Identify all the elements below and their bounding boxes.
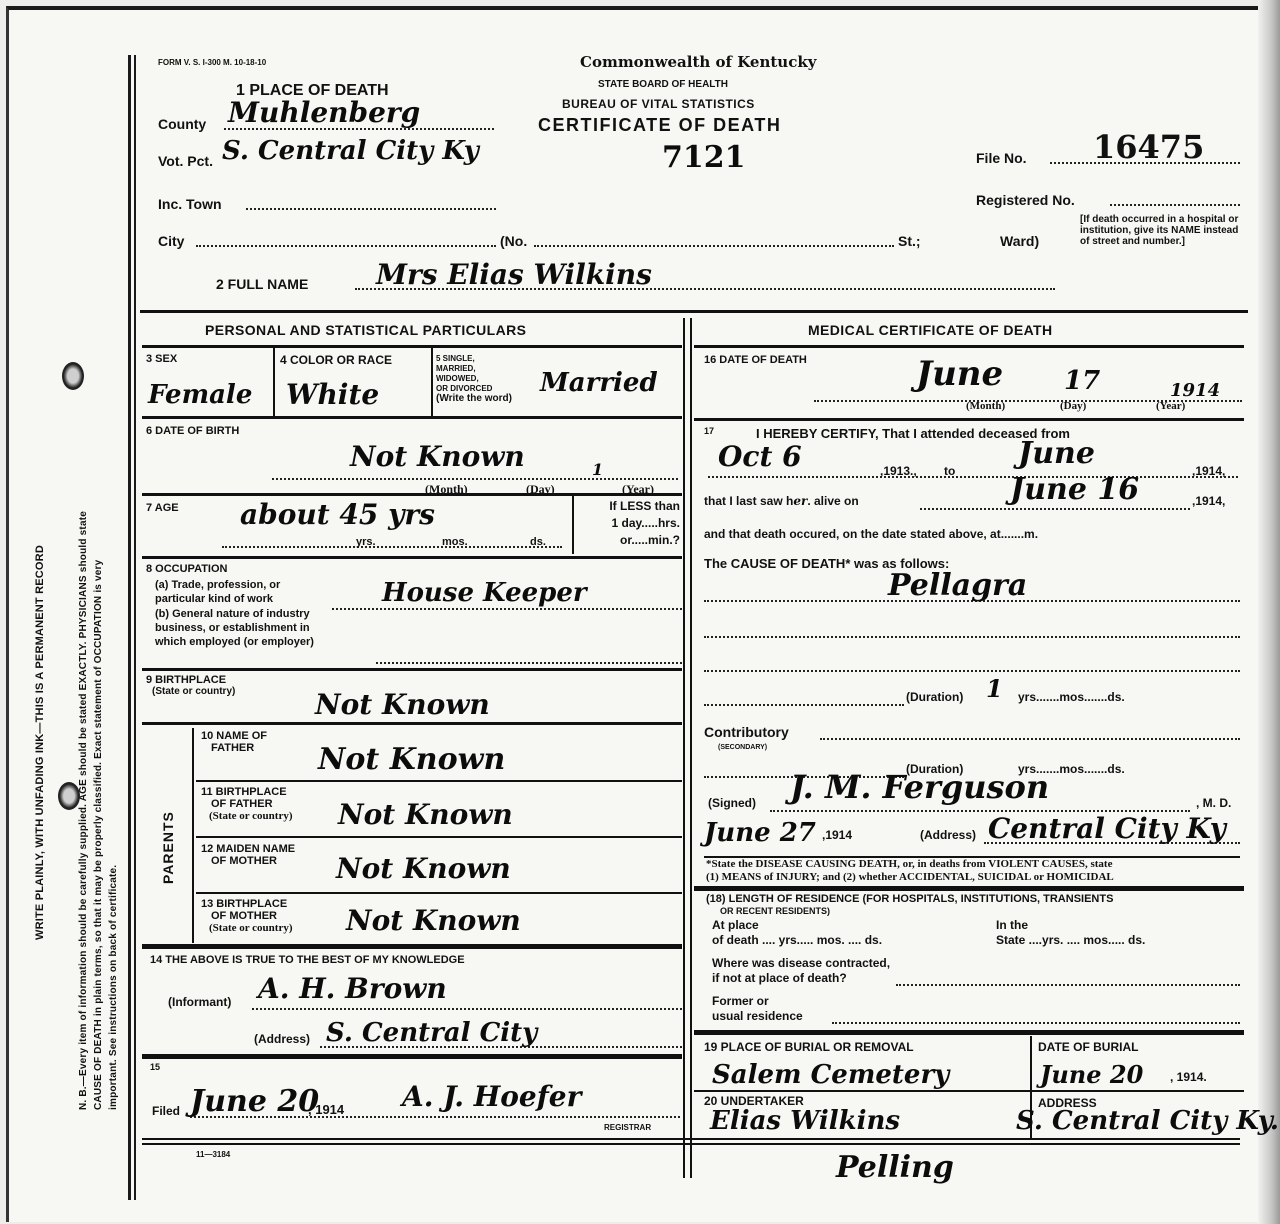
divider [142, 493, 682, 496]
signed-value[interactable]: J. M. Ferguson [790, 768, 1049, 806]
burial-date-value[interactable]: June 20 [1040, 1060, 1143, 1089]
father-birthplace-value[interactable]: Not Known [338, 798, 513, 831]
father-name-label: 10 NAME OF FATHER [201, 730, 267, 754]
attended-to[interactable]: June [1018, 436, 1095, 471]
divider [572, 496, 574, 554]
cause-line-3[interactable] [704, 670, 1240, 672]
personal-heading: PERSONAL AND STATISTICAL PARTICULARS [205, 322, 526, 338]
dob-line [272, 478, 678, 480]
last-saw-text: that I last saw her. alive on [704, 494, 859, 508]
duration-units: yrs.......mos.......ds. [1018, 690, 1125, 704]
divider [142, 1138, 1240, 1140]
margin-rule [128, 55, 131, 1200]
filed-number: 15 [150, 1062, 160, 1072]
filed-label: Filed [152, 1104, 180, 1118]
death-occurred-text: and that death occured, on the date stat… [704, 527, 1038, 541]
divider [196, 780, 682, 782]
dob-year-mark: 1 [592, 460, 603, 479]
divider [694, 1030, 1244, 1035]
divider [694, 886, 1244, 891]
occupation-b-label: (b) General nature of industry business,… [155, 607, 314, 649]
signed-label: (Signed) [708, 796, 756, 810]
inc-town-label: Inc. Town [158, 196, 222, 212]
vot-pct-value[interactable]: S. Central City Ky [222, 136, 479, 166]
full-name-label: 2 FULL NAME [216, 276, 308, 292]
occupation-a-value[interactable]: House Keeper [382, 578, 587, 608]
signed-date[interactable]: June 27 [704, 818, 816, 848]
attended-from[interactable]: Oct 6 [718, 440, 802, 473]
contributory-label: Contributory [704, 724, 789, 740]
street-line[interactable] [534, 245, 894, 247]
birthplace-label: 9 BIRTHPLACE [146, 674, 226, 686]
no-label: (No. [500, 233, 527, 249]
certify-number: 17 [704, 426, 714, 436]
print-code: 11—3184 [196, 1150, 230, 1159]
age-line [222, 546, 562, 548]
occupation-a-label: (a) Trade, profession, or particular kin… [155, 578, 280, 606]
divider [431, 348, 433, 416]
mother-maiden-value[interactable]: Not Known [336, 852, 511, 885]
filed-value[interactable]: June 20 [190, 1084, 319, 1119]
divider [142, 556, 682, 559]
death-year[interactable]: 1914 [1170, 380, 1220, 401]
signed-address-label: (Address) [920, 828, 976, 842]
registered-no-line[interactable] [1110, 204, 1240, 206]
registrar-label: REGISTRAR [604, 1123, 651, 1132]
form-number: FORM V. S. I-300 M. 10-18-10 [158, 58, 266, 67]
age-label: 7 AGE [146, 502, 179, 514]
to-label: to [944, 464, 955, 478]
death-day[interactable]: 17 [1064, 366, 1100, 396]
registrar-signature[interactable]: A. J. Hoefer [402, 1080, 581, 1113]
informant-value[interactable]: A. H. Brown [258, 972, 447, 1005]
state-name: Commonwealth of Kentucky [580, 53, 816, 71]
board-name: STATE BOARD OF HEALTH [598, 79, 728, 90]
md-label: , M. D. [1196, 796, 1231, 810]
residence-heading-2: OR RECENT RESIDENTS) [720, 906, 830, 916]
birthplace-value[interactable]: Not Known [315, 688, 490, 721]
attended-line [708, 476, 1238, 478]
ward-label: Ward) [1000, 233, 1039, 249]
at-place-label: At place of death .... yrs..... mos. ...… [712, 918, 882, 948]
parents-label: PARENTS [160, 811, 176, 884]
duration-label: (Duration) [906, 690, 963, 704]
informant-label: (Informant) [168, 995, 231, 1009]
last-saw-value[interactable]: June 16 [1010, 472, 1139, 507]
divider [142, 345, 682, 348]
informant-address-value[interactable]: S. Central City [326, 1018, 537, 1048]
father-name-value[interactable]: Not Known [318, 742, 505, 777]
county-value[interactable]: Muhlenberg [228, 96, 420, 129]
race-label: 4 COLOR OR RACE [280, 353, 392, 367]
mother-maiden-label: 12 MAIDEN NAME OF MOTHER [201, 843, 295, 867]
sex-value[interactable]: Female [148, 380, 252, 410]
margin-notice: WRITE PLAINLY, WITH UNFADING INK—THIS IS… [34, 545, 46, 940]
st-label: St.; [898, 233, 921, 249]
informant-heading: 14 THE ABOVE IS TRUE TO THE BEST OF MY K… [150, 954, 465, 966]
inc-town-line[interactable] [246, 208, 496, 210]
divider [142, 416, 682, 419]
duration-value[interactable]: 1 [986, 674, 1003, 703]
signed-address-value[interactable]: Central City Ky [988, 812, 1226, 845]
divider [192, 728, 194, 943]
certificate-title: CERTIFICATE OF DEATH [538, 115, 781, 136]
punch-hole [58, 782, 80, 810]
margin-rule [134, 55, 136, 1200]
mother-birthplace-value[interactable]: Not Known [346, 904, 521, 937]
birthplace-sub: (State or country) [152, 686, 235, 697]
last-saw-line [920, 508, 1190, 510]
margin-instructions-2: CAUSE OF DEATH in plain terms, so that i… [93, 560, 104, 1110]
marital-value[interactable]: Married [540, 368, 658, 398]
marital-label: 5 SINGLE, MARRIED, WIDOWED, OR DIVORCED … [436, 354, 512, 404]
year-caption: (Year) [1156, 400, 1185, 412]
divider [142, 722, 682, 725]
informant-line [252, 1008, 682, 1010]
contributory-line[interactable] [820, 738, 1240, 740]
less-than-day: If LESS than 1 day.....hrs. or.....min.? [580, 498, 680, 549]
occupation-label: 8 OCCUPATION [146, 563, 228, 575]
secondary-label: (SECONDARY) [718, 744, 767, 751]
occupation-a-line [332, 608, 682, 610]
yrs-unit: yrs. [356, 536, 376, 548]
full-name-value[interactable]: Mrs Elias Wilkins [376, 258, 652, 291]
extra-annotation: Pelling [836, 1150, 954, 1185]
divider [142, 1143, 1240, 1145]
file-no-label: File No. [976, 150, 1027, 166]
date-of-death-label: 16 DATE OF DEATH [704, 354, 807, 366]
contracted-line[interactable] [896, 984, 1240, 986]
divider [142, 1054, 682, 1059]
hospital-note: [If death occurred in a hospital or inst… [1080, 214, 1245, 247]
month-caption: (Month) [966, 400, 1005, 412]
undertaker-address-value[interactable]: S. Central City Ky. [1016, 1106, 1279, 1136]
divider [273, 348, 275, 416]
attended-from-year: ,1913., [880, 464, 917, 478]
page-edge [1258, 0, 1280, 1224]
punch-hole [62, 362, 84, 390]
medical-heading: MEDICAL CERTIFICATE OF DEATH [808, 322, 1053, 338]
vot-pct-label: Vot. Pct. [158, 153, 213, 169]
mos-unit: mos. [442, 536, 468, 548]
file-no-value[interactable]: 16475 [1093, 128, 1204, 166]
in-state-label: In the State ....yrs. .... mos..... ds. [996, 918, 1145, 948]
cause-line-2[interactable] [704, 636, 1240, 638]
undertaker-value[interactable]: Elias Wilkins [710, 1106, 900, 1136]
informant-address-label: (Address) [254, 1032, 310, 1046]
vot-pct-number[interactable]: 7121 [662, 140, 746, 175]
contracted-label: Where was disease contracted, if not at … [712, 956, 890, 986]
column-divider [683, 318, 685, 1178]
column-divider [690, 318, 692, 1178]
sex-label: 3 SEX [146, 353, 177, 365]
race-value[interactable]: White [286, 378, 379, 411]
last-saw-year: ,1914, [1192, 494, 1225, 508]
burial-label: 19 PLACE OF BURIAL OR REMOVAL [704, 1040, 914, 1054]
day-caption: (Day) [1060, 400, 1086, 412]
filed-year: , 1914 [308, 1102, 344, 1117]
city-line[interactable] [196, 245, 496, 247]
former-residence-label: Former or usual residence [712, 994, 803, 1024]
signed-year: ,1914 [822, 828, 852, 842]
former-residence-line[interactable] [832, 1022, 1240, 1024]
divider [694, 418, 1244, 421]
burial-value[interactable]: Salem Cemetery [712, 1060, 949, 1090]
bureau-name: BUREAU OF VITAL STATISTICS [562, 97, 755, 111]
divider [142, 944, 682, 949]
divider [694, 345, 1244, 348]
divider [694, 1090, 1244, 1092]
county-label: County [158, 116, 206, 132]
father-birthplace-label: 11 BIRTHPLACE OF FATHER (State or countr… [201, 786, 293, 822]
cause-line-4 [704, 704, 904, 706]
occupation-b-line[interactable] [376, 662, 682, 664]
margin-instructions-3: important. See instructions on back of c… [108, 865, 119, 1110]
burial-date-label: DATE OF BURIAL [1038, 1040, 1138, 1054]
divider [196, 836, 682, 838]
cause-value[interactable]: Pellagra [888, 568, 1027, 603]
dob-value[interactable]: Not Known [350, 440, 525, 473]
mother-birthplace-label: 13 BIRTHPLACE OF MOTHER (State or countr… [201, 898, 293, 934]
death-month[interactable]: June [916, 354, 1003, 394]
margin-instructions-1: N. B.—Every item of information should b… [78, 511, 89, 1110]
attended-to-year: ,1914, [1192, 464, 1225, 478]
ds-unit: ds. [530, 536, 546, 548]
divider [196, 892, 682, 894]
burial-year: , 1914. [1170, 1070, 1207, 1084]
divider [142, 668, 682, 671]
residence-heading: (18) LENGTH OF RESIDENCE (FOR HOSPITALS,… [706, 893, 1113, 905]
registered-no-label: Registered No. [976, 192, 1075, 208]
age-value[interactable]: about 45 yrs [240, 498, 435, 531]
city-label: City [158, 233, 184, 249]
cause-footnote: *State the DISEASE CAUSING DEATH, or, in… [706, 858, 1114, 884]
divider [140, 310, 1248, 313]
dob-label: 6 DATE OF BIRTH [146, 425, 239, 437]
